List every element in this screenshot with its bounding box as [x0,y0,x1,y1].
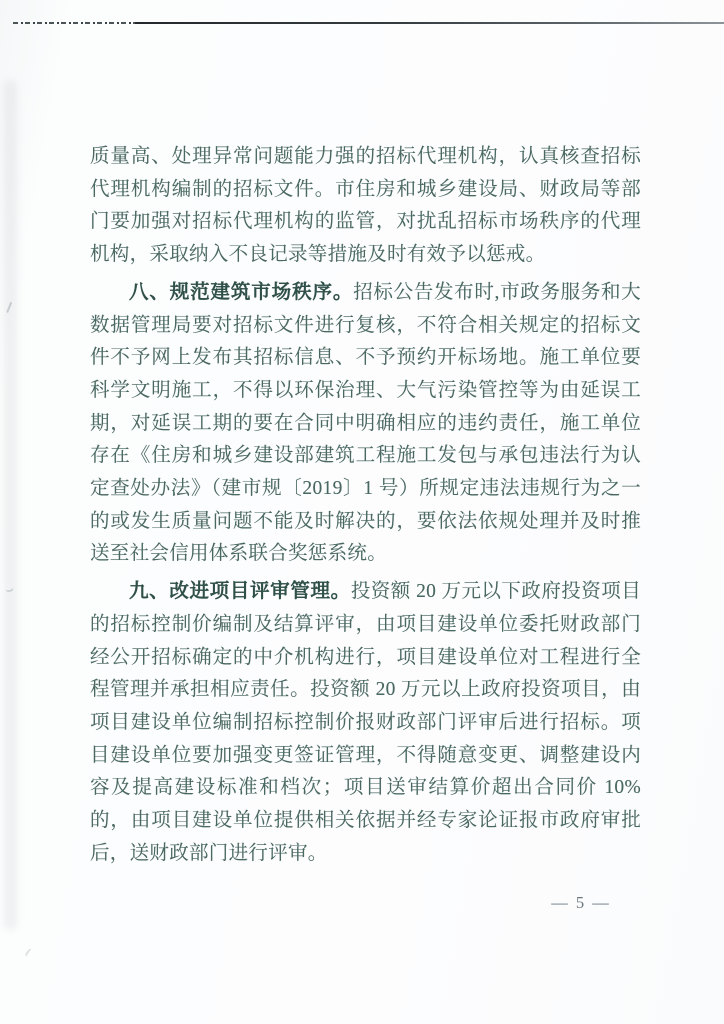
section-8-heading: 八、规范建筑市场秩序。 [129,281,353,303]
paragraph-section-9-project-review: 九、改进项目评审管理。投资额 20 万元以下政府投资项目的招标控制价编制及结算评… [90,575,641,870]
page-number: — 5 — [533,893,629,913]
scan-speck-artifact [24,948,37,961]
paragraph-text: 投资额 20 万元以下政府投资项目的招标控制价编制及结算评审，由项目建设单位委托… [90,581,641,864]
document-page: 质量高、处理异常问题能力强的招标代理机构，认真核查招标代理机构编制的招标文件。市… [0,0,724,1024]
paragraph-agency-oversight: 质量高、处理异常问题能力强的招标代理机构，认真核查招标代理机构编制的招标文件。市… [90,141,641,272]
scan-top-line-artifact [135,22,724,24]
paragraph-text: 招标公告发布时,市政务服务和大数据管理局要对招标文件进行复核，不符合相关规定的招… [90,282,641,565]
scan-top-line-dashed-artifact [13,22,135,24]
left-edge-scan-shadow [4,80,17,930]
body-text: 质量高、处理异常问题能力强的招标代理机构，认真核查招标代理机构编制的招标文件。市… [90,141,641,870]
section-9-heading: 九、改进项目评审管理。 [129,580,351,602]
paragraph-text: 质量高、处理异常问题能力强的招标代理机构，认真核查招标代理机构编制的招标文件。市… [90,146,641,265]
paragraph-section-8-market-order: 八、规范建筑市场秩序。招标公告发布时,市政务服务和大数据管理局要对招标文件进行复… [90,276,641,571]
